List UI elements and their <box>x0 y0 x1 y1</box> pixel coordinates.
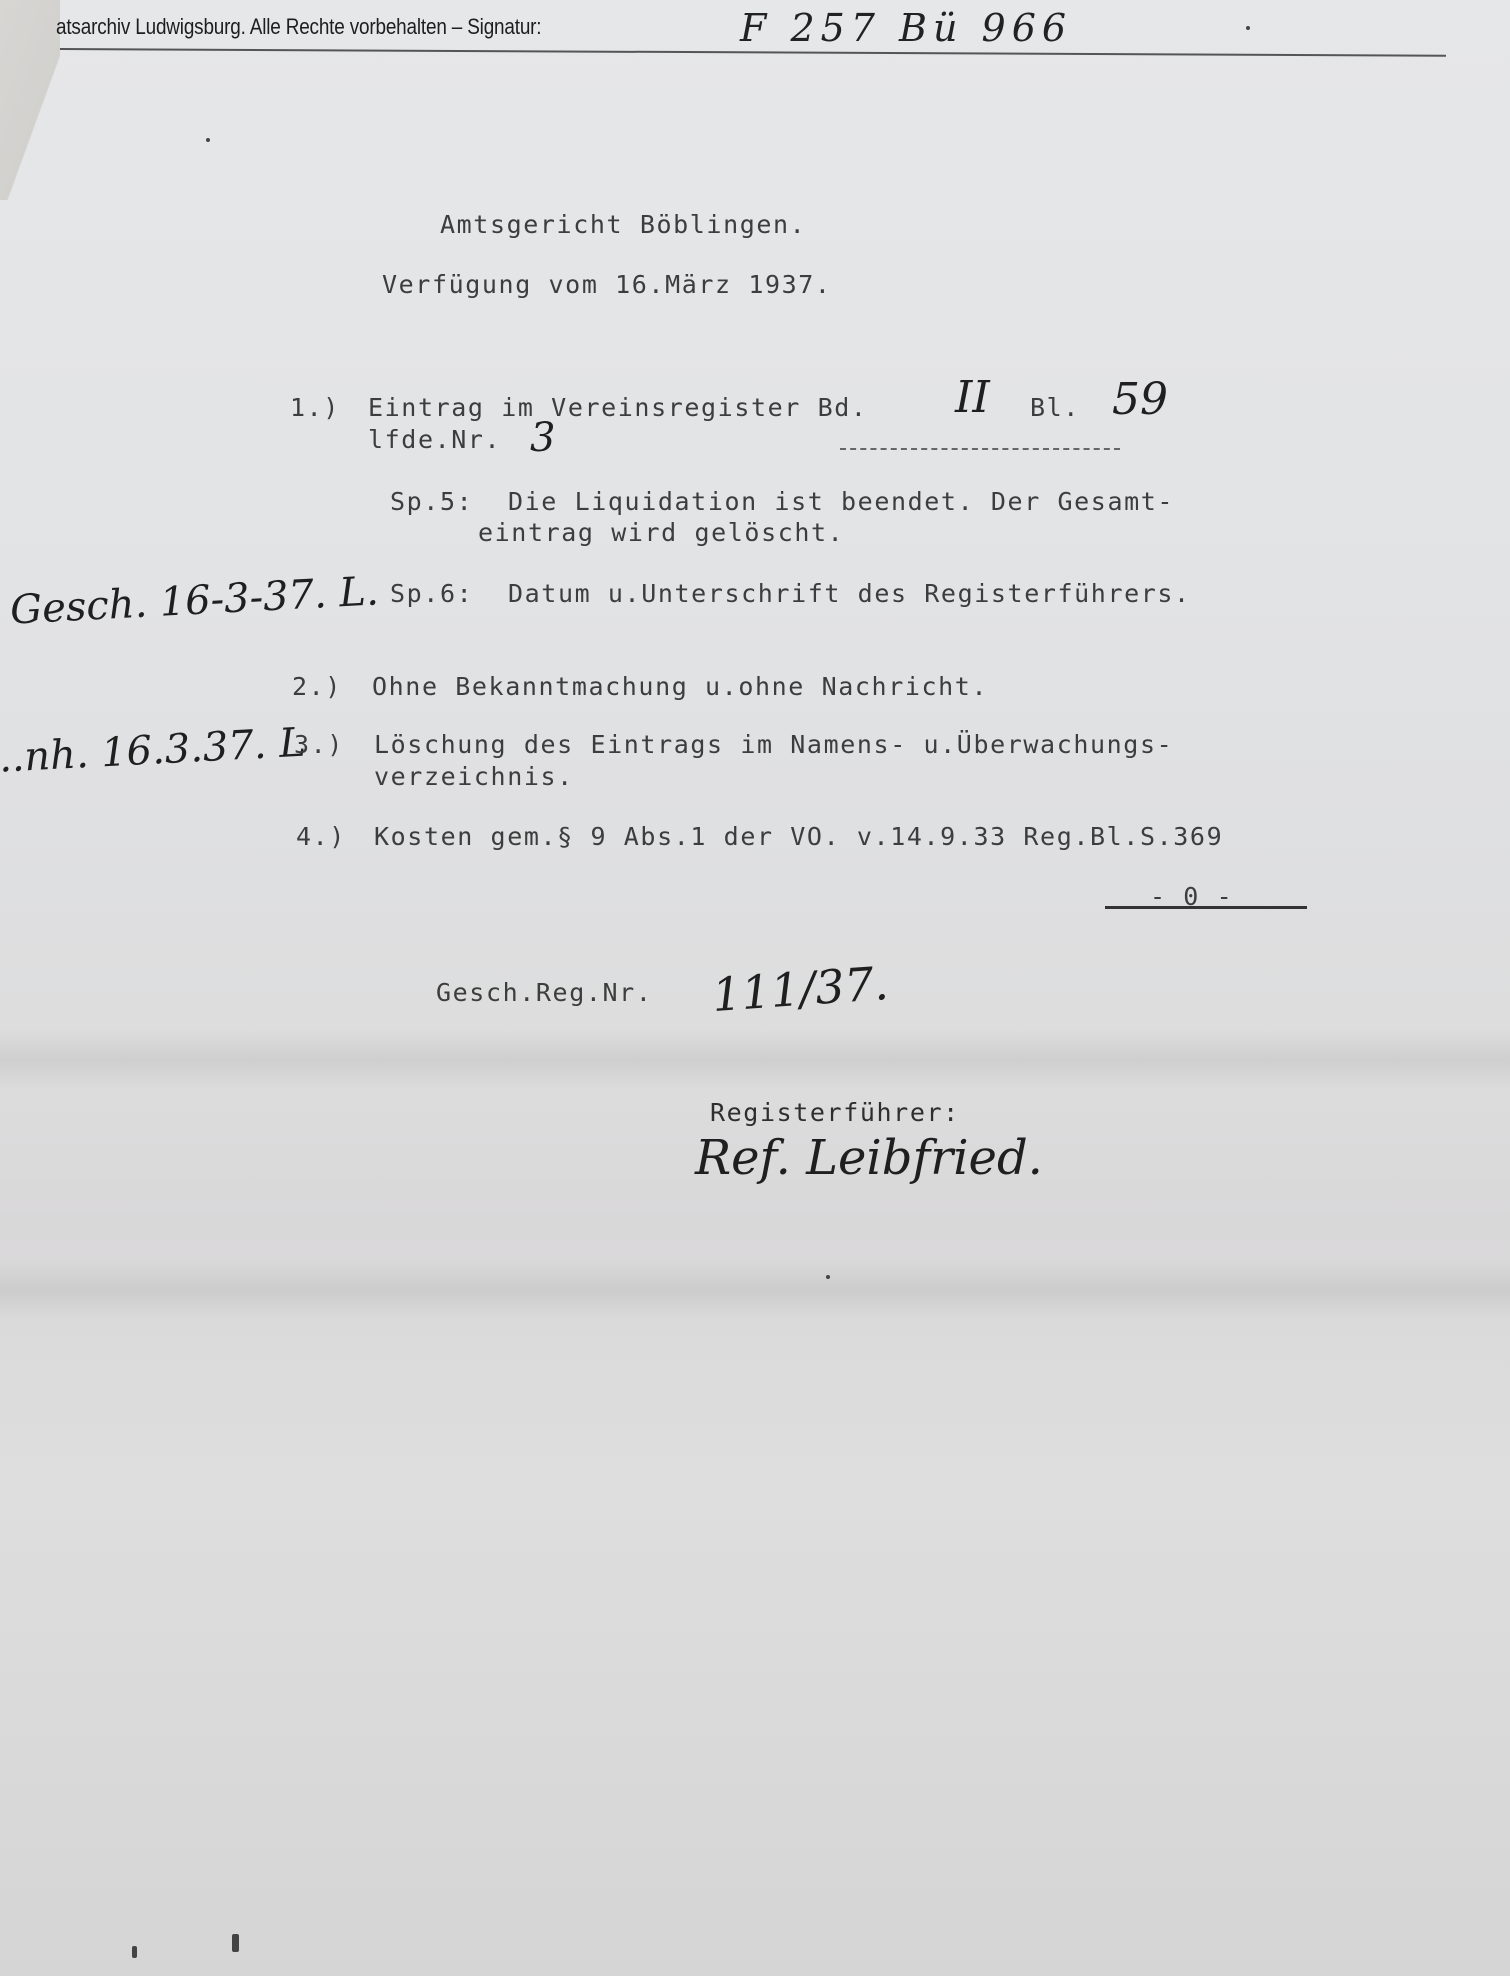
item-text: Löschung des Eintrags im Namens- u.Überw… <box>374 730 1173 759</box>
gesch-reg-label: Gesch.Reg.Nr. <box>436 978 652 1007</box>
handwritten-band: II <box>955 372 990 423</box>
paper-speck <box>132 1946 137 1958</box>
handwritten-bl: 59 <box>1112 374 1168 425</box>
paper-speck <box>826 1275 830 1279</box>
gesch-reg-number: 111/37. <box>710 956 890 1022</box>
item-1-line1: Eintrag im Vereinsregister Bd. <box>368 393 868 422</box>
item-number: 4.) <box>296 822 346 851</box>
bl-label: Bl. <box>1030 393 1080 422</box>
signature-label: Registerführer: <box>710 1098 960 1127</box>
court-name: Amtsgericht Böblingen. <box>440 210 806 239</box>
signature: Ref. Leibfried. <box>695 1130 1043 1186</box>
paper-crease <box>0 1030 1510 1090</box>
item-number: 3.) <box>294 730 344 759</box>
item-number: 1.) <box>290 393 340 422</box>
sub-text: Die Liquidation ist beendet. Der Gesamt- <box>508 487 1174 516</box>
item-number: 2.) <box>292 672 342 701</box>
sub-text: Datum u.Unterschrift des Registerführers… <box>508 579 1191 608</box>
handwritten-lfde-nr: 3 <box>530 415 555 461</box>
document-title: Verfügung vom 16.März 1937. <box>382 270 832 299</box>
paper-crease <box>0 1260 1510 1320</box>
paper-speck <box>232 1934 239 1952</box>
archive-copyright-header: atsarchiv Ludwigsburg. Alle Rechte vorbe… <box>56 14 541 40</box>
paper-speck <box>206 138 210 142</box>
item-text: verzeichnis. <box>374 762 574 791</box>
sub-text: eintrag wird gelöscht. <box>478 518 844 547</box>
item-text: Kosten gem.§ 9 Abs.1 der VO. v.14.9.33 R… <box>374 822 1223 851</box>
item-1-line2: lfde.Nr. <box>368 425 501 454</box>
margin-note: ...nh. 16.3.37. L <box>0 720 307 783</box>
paper-speck <box>1246 26 1250 30</box>
dotted-fill-line <box>840 448 1120 450</box>
margin-note: Gesch. 16-3-37. L. <box>9 568 380 633</box>
item-text: Ohne Bekanntmachung u.ohne Nachricht. <box>372 672 988 701</box>
sub-label: Sp.6: <box>390 579 473 608</box>
amount-underline <box>1105 906 1307 909</box>
paper-fold-corner <box>0 0 60 200</box>
archive-signatur: F 257 Bü 966 <box>740 6 1072 50</box>
sub-label: Sp.5: <box>390 487 473 516</box>
